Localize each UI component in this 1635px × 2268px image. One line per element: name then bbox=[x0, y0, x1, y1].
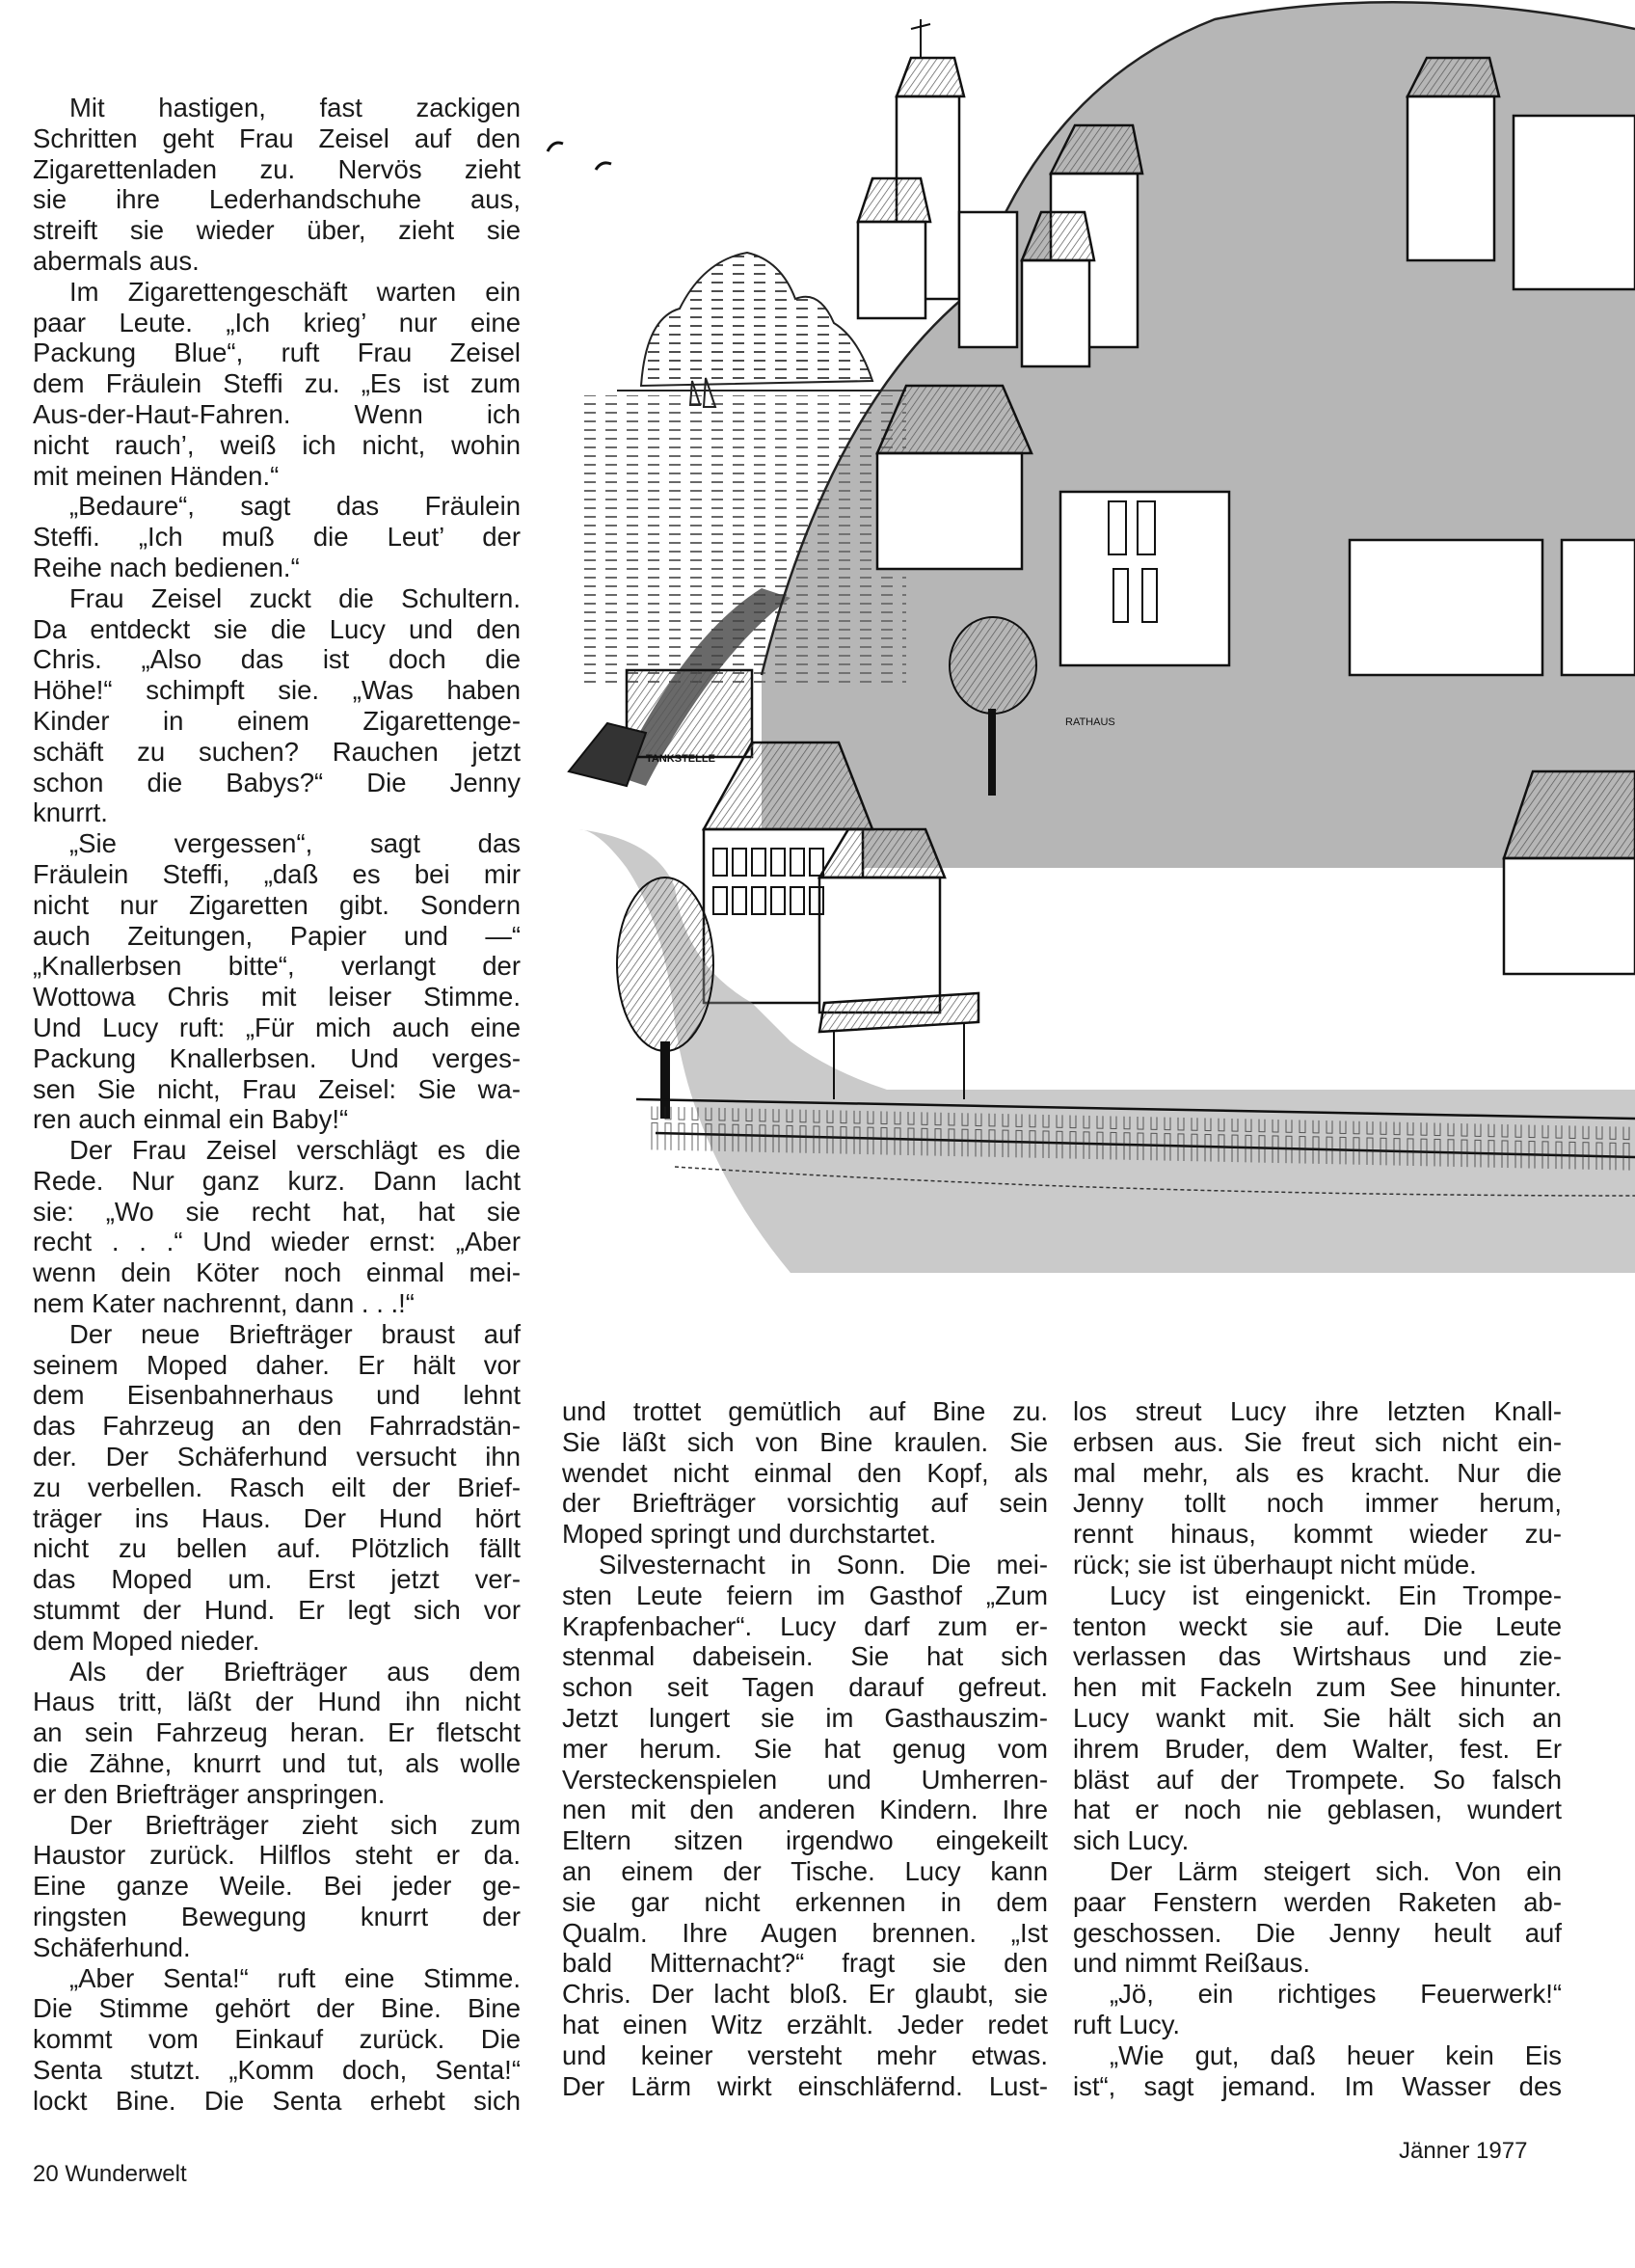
text-line: nicht rauch’, weiß ich nicht, wohin bbox=[33, 430, 521, 461]
tankstelle-sign: TANKSTELLE bbox=[646, 753, 715, 765]
text-line: knurrt. bbox=[33, 797, 521, 828]
paragraph: „Bedaure“, sagt das FräuleinSteffi. „Ich… bbox=[33, 491, 521, 582]
text-line: Da entdeckt sie die Lucy und den bbox=[33, 614, 521, 645]
text-line: Zigarettenladen zu. Nervös zieht bbox=[33, 154, 521, 185]
text-line: Der neue Briefträger braust auf bbox=[33, 1319, 521, 1350]
paragraph: Lucy ist eingenickt. Ein Trompe-tenton w… bbox=[1073, 1580, 1562, 1856]
text-line: Packung Knallerbsen. Und verges- bbox=[33, 1043, 521, 1074]
text-line: Der Lärm steigert sich. Von ein bbox=[1073, 1856, 1562, 1887]
text-column-middle: und trottet gemütlich auf Bine zu.Sie lä… bbox=[562, 1396, 1048, 2101]
text-line: „Knallerbsen bitte“, verlangt der bbox=[33, 951, 521, 982]
text-line: nicht nur Zigaretten gibt. Sondern bbox=[33, 890, 521, 921]
text-line: hat einen Witz erzählt. Jeder redet bbox=[562, 2010, 1048, 2040]
text-line: und keiner versteht mehr etwas. bbox=[562, 2040, 1048, 2071]
text-line: schon die Babys?“ Die Jenny bbox=[33, 768, 521, 798]
text-line: ren auch einmal ein Baby!“ bbox=[33, 1104, 521, 1135]
text-line: stummt der Hund. Er legt sich vor bbox=[33, 1595, 521, 1626]
page-number-magazine: 20 Wunderwelt bbox=[33, 2161, 187, 2188]
text-line: verlassen das Wirtshaus und zie- bbox=[1073, 1641, 1562, 1672]
paragraph: Silvesternacht in Sonn. Die mei-sten Leu… bbox=[562, 1550, 1048, 2101]
text-line: Senta stutzt. „Komm doch, Senta!“ bbox=[33, 2055, 521, 2086]
text-line: zu verbellen. Rasch eilt der Brief- bbox=[33, 1472, 521, 1503]
text-line: hen mit Fackeln zum See hinunter. bbox=[1073, 1672, 1562, 1703]
text-line: schäft zu suchen? Rauchen jetzt bbox=[33, 737, 521, 768]
text-line: abermals aus. bbox=[33, 246, 521, 277]
paragraph: Der neue Briefträger braust aufseinem Mo… bbox=[33, 1319, 521, 1657]
text-line: nen mit den anderen Kindern. Ihre bbox=[562, 1795, 1048, 1825]
text-line: Fräulein Steffi, „daß es bei mir bbox=[33, 859, 521, 890]
text-line: Steffi. „Ich muß die Leut’ der bbox=[33, 522, 521, 553]
text-line: Frau Zeisel zuckt die Schultern. bbox=[33, 583, 521, 614]
text-line: mer herum. Sie hat genug vom bbox=[562, 1734, 1048, 1765]
text-line: stenmal dabeisein. Sie hat sich bbox=[562, 1641, 1048, 1672]
text-line: Kinder in einem Zigarettenge- bbox=[33, 706, 521, 737]
text-line: rück; sie ist überhaupt nicht müde. bbox=[1073, 1550, 1562, 1580]
text-line: das Moped um. Erst jetzt ver- bbox=[33, 1564, 521, 1595]
text-line: Chris. Der lacht bloß. Er glaubt, sie bbox=[562, 1979, 1048, 2010]
text-line: dem Fräulein Steffi zu. „Es ist zum bbox=[33, 368, 521, 399]
text-line: sie: „Wo sie recht hat, hat sie bbox=[33, 1197, 521, 1228]
paragraph: Der Frau Zeisel verschlägt es dieRede. N… bbox=[33, 1135, 521, 1319]
text-line: paar Fenstern werden Raketen ab- bbox=[1073, 1887, 1562, 1918]
text-line: bläst auf der Trompete. So falsch bbox=[1073, 1765, 1562, 1795]
text-line: bald Mitternacht?“ fragt sie den bbox=[562, 1948, 1048, 1979]
text-line: sie ihre Lederhandschuhe aus, bbox=[33, 184, 521, 215]
text-line: Wottowa Chris mit leiser Stimme. bbox=[33, 982, 521, 1012]
text-line: mal mehr, als es kracht. Nur die bbox=[1073, 1458, 1562, 1489]
text-line: Mit hastigen, fast zackigen bbox=[33, 93, 521, 123]
text-line: tenton weckt sie auf. Die Leute bbox=[1073, 1611, 1562, 1642]
paragraph: Der Lärm steigert sich. Von einpaar Fens… bbox=[1073, 1856, 1562, 1979]
text-line: träger ins Haus. Der Hund hört bbox=[33, 1503, 521, 1534]
text-line: Und Lucy ruft: „Für mich auch eine bbox=[33, 1012, 521, 1043]
text-line: das Fahrzeug an den Fahrradstän- bbox=[33, 1411, 521, 1442]
text-line: geschossen. Die Jenny heult auf bbox=[1073, 1918, 1562, 1949]
text-line: an sein Fahrzeug heran. Er fletscht bbox=[33, 1717, 521, 1748]
text-line: Sie läßt sich von Bine kraulen. Sie bbox=[562, 1427, 1048, 1458]
text-line: auch Zeitungen, Papier und —“ bbox=[33, 921, 521, 952]
text-line: ist“, sagt jemand. Im Wasser des bbox=[1073, 2071, 1562, 2102]
text-line: Lucy wankt mit. Sie hält sich an bbox=[1073, 1703, 1562, 1734]
text-line: der Briefträger vorsichtig auf sein bbox=[562, 1488, 1048, 1519]
text-line: Die Stimme gehört der Bine. Bine bbox=[33, 1993, 521, 2024]
text-line: nem Kater nachrennt, dann . . .!“ bbox=[33, 1288, 521, 1319]
paragraph: „Jö, ein richtiges Feuerwerk!“ruft Lucy. bbox=[1073, 1979, 1562, 2040]
paragraph: Als der Briefträger aus demHaus tritt, l… bbox=[33, 1657, 521, 1810]
text-line: Versteckenspielen und Umherren- bbox=[562, 1765, 1048, 1795]
text-line: Jenny tollt noch immer herum, bbox=[1073, 1488, 1562, 1519]
text-line: dem Moped nieder. bbox=[33, 1626, 521, 1657]
text-line: ringsten Bewegung knurrt der bbox=[33, 1902, 521, 1932]
paragraph: „Wie gut, daß heuer kein Eisist“, sagt j… bbox=[1073, 2040, 1562, 2102]
text-line: wendet nicht einmal den Kopf, als bbox=[562, 1458, 1048, 1489]
text-line: hat er noch nie geblasen, wundert bbox=[1073, 1795, 1562, 1825]
village-illustration: RATHAUS TANKSTELLE bbox=[540, 0, 1635, 1350]
text-line: recht . . .“ Und wieder ernst: „Aber bbox=[33, 1227, 521, 1257]
text-line: rennt hinaus, kommt wieder zu- bbox=[1073, 1519, 1562, 1550]
text-line: Silvesternacht in Sonn. Die mei- bbox=[562, 1550, 1048, 1580]
text-line: Schritten geht Frau Zeisel auf den bbox=[33, 123, 521, 154]
text-line: lockt Bine. Die Senta erhebt sich bbox=[33, 2086, 521, 2117]
text-line: „Sie vergessen“, sagt das bbox=[33, 828, 521, 859]
paragraph: Im Zigarettengeschäft warten einpaar Leu… bbox=[33, 277, 521, 492]
text-line: Packung Blue“, ruft Frau Zeisel bbox=[33, 337, 521, 368]
paragraph: Frau Zeisel zuckt die Schultern.Da entde… bbox=[33, 583, 521, 828]
text-line: „Jö, ein richtiges Feuerwerk!“ bbox=[1073, 1979, 1562, 2010]
text-column-left: Mit hastigen, fast zackigenSchritten geh… bbox=[33, 93, 521, 2117]
text-line: seinem Moped daher. Er hält vor bbox=[33, 1350, 521, 1381]
text-line: Lucy ist eingenickt. Ein Trompe- bbox=[1073, 1580, 1562, 1611]
text-line: Aus-der-Haut-Fahren. Wenn ich bbox=[33, 399, 521, 430]
text-line: an einem der Tische. Lucy kann bbox=[562, 1856, 1048, 1887]
text-line: Rede. Nur ganz kurz. Dann lacht bbox=[33, 1166, 521, 1197]
text-line: und nimmt Reißaus. bbox=[1073, 1948, 1562, 1979]
paragraph: „Sie vergessen“, sagt dasFräulein Steffi… bbox=[33, 828, 521, 1135]
rathaus-sign: RATHAUS bbox=[1065, 716, 1115, 728]
text-line: dem Eisenbahnerhaus und lehnt bbox=[33, 1380, 521, 1411]
birds-icon bbox=[548, 143, 611, 170]
distant-mountain bbox=[641, 253, 872, 386]
text-line: sie gar nicht erkennen in dem bbox=[562, 1887, 1048, 1918]
text-line: mit meinen Händen.“ bbox=[33, 461, 521, 492]
text-line: sich Lucy. bbox=[1073, 1825, 1562, 1856]
text-line: streift sie wieder über, zieht sie bbox=[33, 215, 521, 246]
paragraph: „Aber Senta!“ ruft eine Stimme.Die Stimm… bbox=[33, 1963, 521, 2117]
text-line: Haus tritt, läßt der Hund ihn nicht bbox=[33, 1687, 521, 1717]
text-line: kommt vom Einkauf zurück. Die bbox=[33, 2024, 521, 2055]
rathaus-building bbox=[1060, 492, 1229, 665]
issue-date: Jänner 1977 bbox=[1399, 2138, 1527, 2165]
text-line: die Zähne, knurrt und tut, als wolle bbox=[33, 1748, 521, 1779]
text-line: Eine ganze Weile. Bei jeder ge- bbox=[33, 1871, 521, 1902]
text-line: ruft Lucy. bbox=[1073, 2010, 1562, 2040]
text-line: erbsen aus. Sie freut sich nicht ein- bbox=[1073, 1427, 1562, 1458]
text-line: Eltern sitzen irgendwo eingekeilt bbox=[562, 1825, 1048, 1856]
text-line: er den Briefträger anspringen. bbox=[33, 1779, 521, 1810]
paragraph: und trottet gemütlich auf Bine zu.Sie lä… bbox=[562, 1396, 1048, 1550]
text-line: paar Leute. „Ich krieg’ nur eine bbox=[33, 308, 521, 338]
text-line: Der Lärm wirkt einschläfernd. Lust- bbox=[562, 2071, 1048, 2102]
text-line: Haustor zurück. Hilflos steht er da. bbox=[33, 1840, 521, 1871]
text-line: Schäferhund. bbox=[33, 1932, 521, 1963]
text-line: sten Leute feiern im Gasthof „Zum bbox=[562, 1580, 1048, 1611]
paragraph: Der Briefträger zieht sich zumHaustor zu… bbox=[33, 1810, 521, 1963]
text-line: „Bedaure“, sagt das Fräulein bbox=[33, 491, 521, 522]
text-line: Qualm. Ihre Augen brennen. „Ist bbox=[562, 1918, 1048, 1949]
text-line: Reihe nach bedienen.“ bbox=[33, 553, 521, 583]
text-line: Jetzt lungert sie im Gasthauszim- bbox=[562, 1703, 1048, 1734]
text-line: Der Frau Zeisel verschlägt es die bbox=[33, 1135, 521, 1166]
text-line: Chris. „Also das ist doch die bbox=[33, 644, 521, 675]
paragraph: los streut Lucy ihre letzten Knall-erbse… bbox=[1073, 1396, 1562, 1580]
text-line: los streut Lucy ihre letzten Knall- bbox=[1073, 1396, 1562, 1427]
text-line: nicht zu bellen auf. Plötzlich fällt bbox=[33, 1533, 521, 1564]
text-line: sen Sie nicht, Frau Zeisel: Sie wa- bbox=[33, 1074, 521, 1105]
paragraph: Mit hastigen, fast zackigenSchritten geh… bbox=[33, 93, 521, 277]
text-line: wenn dein Köter noch einmal mei- bbox=[33, 1257, 521, 1288]
text-line: Im Zigarettengeschäft warten ein bbox=[33, 277, 521, 308]
text-line: Krapfenbacher“. Lucy darf zum er- bbox=[562, 1611, 1048, 1642]
text-line: Der Briefträger zieht sich zum bbox=[33, 1810, 521, 1841]
text-line: und trottet gemütlich auf Bine zu. bbox=[562, 1396, 1048, 1427]
text-line: ihrem Bruder, dem Walter, fest. Er bbox=[1073, 1734, 1562, 1765]
text-line: Moped springt und durchstartet. bbox=[562, 1519, 1048, 1550]
text-line: „Aber Senta!“ ruft eine Stimme. bbox=[33, 1963, 521, 1994]
text-line: der. Der Schäferhund versucht ihn bbox=[33, 1442, 521, 1472]
text-line: „Wie gut, daß heuer kein Eis bbox=[1073, 2040, 1562, 2071]
text-line: Höhe!“ schimpft sie. „Was haben bbox=[33, 675, 521, 706]
text-column-right: los streut Lucy ihre letzten Knall-erbse… bbox=[1073, 1396, 1562, 2101]
text-line: Als der Briefträger aus dem bbox=[33, 1657, 521, 1687]
text-line: schon seit Tagen darauf gefreut. bbox=[562, 1672, 1048, 1703]
